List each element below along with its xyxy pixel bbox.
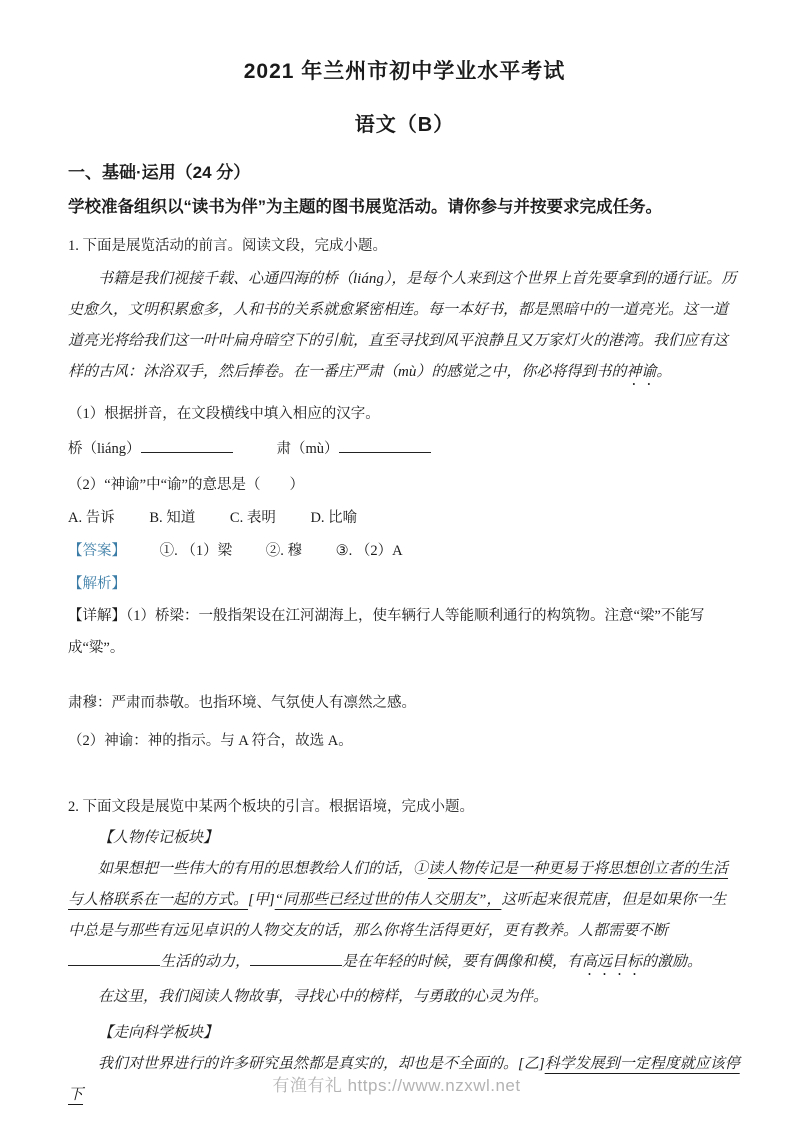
q1-passage: 书籍是我们视接千载、心通四海的桥（liáng），是每个人来到这个世界上首先要拿到… <box>68 264 741 389</box>
section-heading: 一、基础·运用（24 分） <box>68 162 741 184</box>
analysis-label: 【解析】 <box>68 576 126 592</box>
option-b: B. 知道 <box>149 510 195 526</box>
task-intro: 学校准备组织以“读书为伴”为主题的图书展览活动。请你参与并按要求完成任务。 <box>68 195 741 219</box>
watermark-footer: 有渔有礼 https://www.nzxwl.net <box>0 1071 793 1096</box>
q1-detail-2: 肃穆：严肃而恭敬。也指环境、气氛使人有凛然之感。 <box>68 688 741 720</box>
answer-label: 【答案】 <box>68 543 126 559</box>
q2-block1-title: 【人物传记板块】 <box>68 827 741 849</box>
q1-subquestion-1: （1）根据拼音，在文段横线中填入相应的汉字。 <box>68 403 741 425</box>
q2-paragraph-2: 在这里，我们阅读人物故事，寻找心中的榜样，与勇敢的心灵为伴。 <box>68 982 741 1013</box>
detail-text-1: （1）桥梁：一般指架设在江河湖海上，使车辆行人等能顺利通行的构筑物。注意“梁”不… <box>68 608 704 656</box>
answer-item-2: ②. 穆 <box>266 543 302 559</box>
q1-detail-3: （2）神谕：神的指示。与 A 符合，故选 A。 <box>68 726 741 758</box>
page-title: 2021 年兰州市初中学业水平考试 <box>68 60 741 84</box>
answer-item-1: ①. （1）梁 <box>160 543 233 559</box>
option-c: C. 表明 <box>230 510 276 526</box>
q1-detail-1: 【详解】（1）桥梁：一般指架设在江河湖海上，使车辆行人等能顺利通行的构筑物。注意… <box>68 601 741 664</box>
option-a: A. 告诉 <box>68 510 115 526</box>
q1-stem: 1. 下面是展览活动的前言。阅读文段，完成小题。 <box>68 236 741 257</box>
q1-analysis-line: 【解析】 <box>68 573 741 595</box>
exam-paper-page: 2021 年兰州市初中学业水平考试 语文（B） 一、基础·运用（24 分） 学校… <box>0 0 793 1111</box>
page-subtitle: 语文（B） <box>68 113 741 137</box>
option-d: D. 比喻 <box>310 510 357 526</box>
q2-paragraph-1: 如果想把一些伟大的有用的思想教给人们的话，①读人物传记是一种更易于将思想创立者的… <box>68 854 741 979</box>
detail-label: 【详解】 <box>68 608 126 624</box>
answer-item-3: ③. （2）A <box>336 543 403 559</box>
q1-options: A. 告诉 B. 知道 C. 表明 D. 比喻 <box>68 507 741 529</box>
q1-subquestion-2: （2）“神谕”中“谕”的意思是（ ） <box>68 474 741 496</box>
q2-stem: 2. 下面文段是展览中某两个板块的引言。根据语境，完成小题。 <box>68 797 741 818</box>
q1-fill-line: 桥（liáng）肃（mù） <box>68 438 741 460</box>
q2-block2-title: 【走向科学板块】 <box>68 1022 741 1044</box>
q1-answer-line: 【答案】 ①. （1）梁 ②. 穆 ③. （2）A <box>68 540 741 562</box>
